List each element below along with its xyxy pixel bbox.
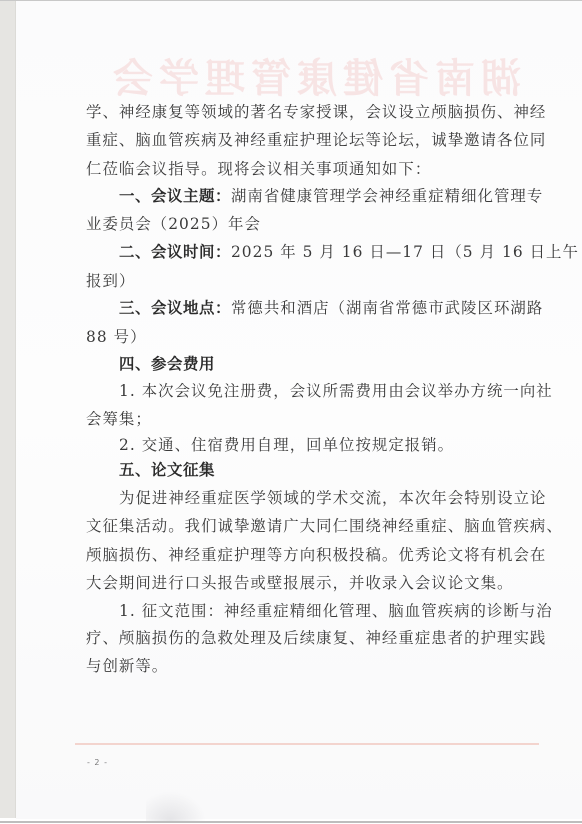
section-papers: 五、论文征集 xyxy=(86,456,215,484)
section-heading: 一、会议主题： xyxy=(119,187,231,205)
paragraph-line: 2. 交通、住宿费用自理，回单位按规定报销。 xyxy=(86,431,454,459)
section-heading: 五、论文征集 xyxy=(119,461,215,479)
paragraph-line: 业委员会（2025）年会 xyxy=(86,210,261,238)
paragraph-line: 会筹集； xyxy=(86,405,152,433)
section-text: 湖南省健康管理学会神经重症精细化管理专 xyxy=(231,187,543,205)
paragraph-line: 重症、脑血管疾病及神经重症护理论坛等论坛，诚挚邀请各位同 xyxy=(86,126,546,154)
paragraph-line: 1. 征文范围：神经重症精细化管理、脑血管疾病的诊断与治 xyxy=(86,597,553,625)
page-number: - 2 - xyxy=(87,758,108,767)
section-fees: 四、参会费用 xyxy=(86,350,215,378)
section-theme: 一、会议主题：湖南省健康管理学会神经重症精细化管理专 xyxy=(86,182,543,210)
paragraph-line: 与创新等。 xyxy=(86,652,168,680)
section-heading: 二、会议时间： xyxy=(119,243,231,261)
paragraph-line: 颅脑损伤、神经重症护理等方向积极投稿。优秀论文将有机会在 xyxy=(86,541,546,569)
section-heading: 四、参会费用 xyxy=(119,355,215,373)
section-heading: 三、会议地点： xyxy=(119,299,231,317)
paragraph-line: 为促进神经重症医学领域的学术交流，本次年会特别设立论 xyxy=(86,484,546,512)
section-time: 二、会议时间：2025 年 5 月 16 日—17 日（5 月 16 日上午 xyxy=(86,238,579,266)
paragraph-line: 文征集活动。我们诚挚邀请广大同仁围绕神经重症、脑血管疾病、 xyxy=(86,512,563,540)
document-viewer: 湖南省健康管理学会 学、神经康复等领域的著名专家授课，会议设立颅脑损伤、神经 重… xyxy=(0,0,582,824)
paragraph-line: 1. 本次会议免注册费，会议所需费用由会议举办方统一向社 xyxy=(86,377,553,405)
paragraph-line: 仁莅临会议指导。现将会议相关事项通知如下： xyxy=(86,155,431,183)
section-location: 三、会议地点：常德共和酒店（湖南省常德市武陵区环湖路 xyxy=(86,294,543,322)
scan-shadow xyxy=(146,791,206,821)
bleed-through-letterhead: 湖南省健康管理学会 xyxy=(104,57,524,101)
section-text: 常德共和酒店（湖南省常德市武陵区环湖路 xyxy=(231,299,543,317)
section-text: 2025 年 5 月 16 日—17 日（5 月 16 日上午 xyxy=(231,243,579,261)
paragraph-line: 大会期间进行口头报告或壁报展示，并收录入会议论文集。 xyxy=(86,569,513,597)
viewer-bottom-border xyxy=(0,821,582,823)
viewer-left-margin xyxy=(0,0,16,818)
paragraph-line: 学、神经康复等领域的著名专家授课，会议设立颅脑损伤、神经 xyxy=(86,98,546,126)
footer-rule xyxy=(75,743,539,745)
paragraph-line: 88 号） xyxy=(86,323,147,351)
paragraph-line: 疗、颅脑损伤的急救处理及后续康复、神经重症患者的护理实践 xyxy=(86,624,546,652)
paragraph-line: 报到） xyxy=(86,267,135,295)
